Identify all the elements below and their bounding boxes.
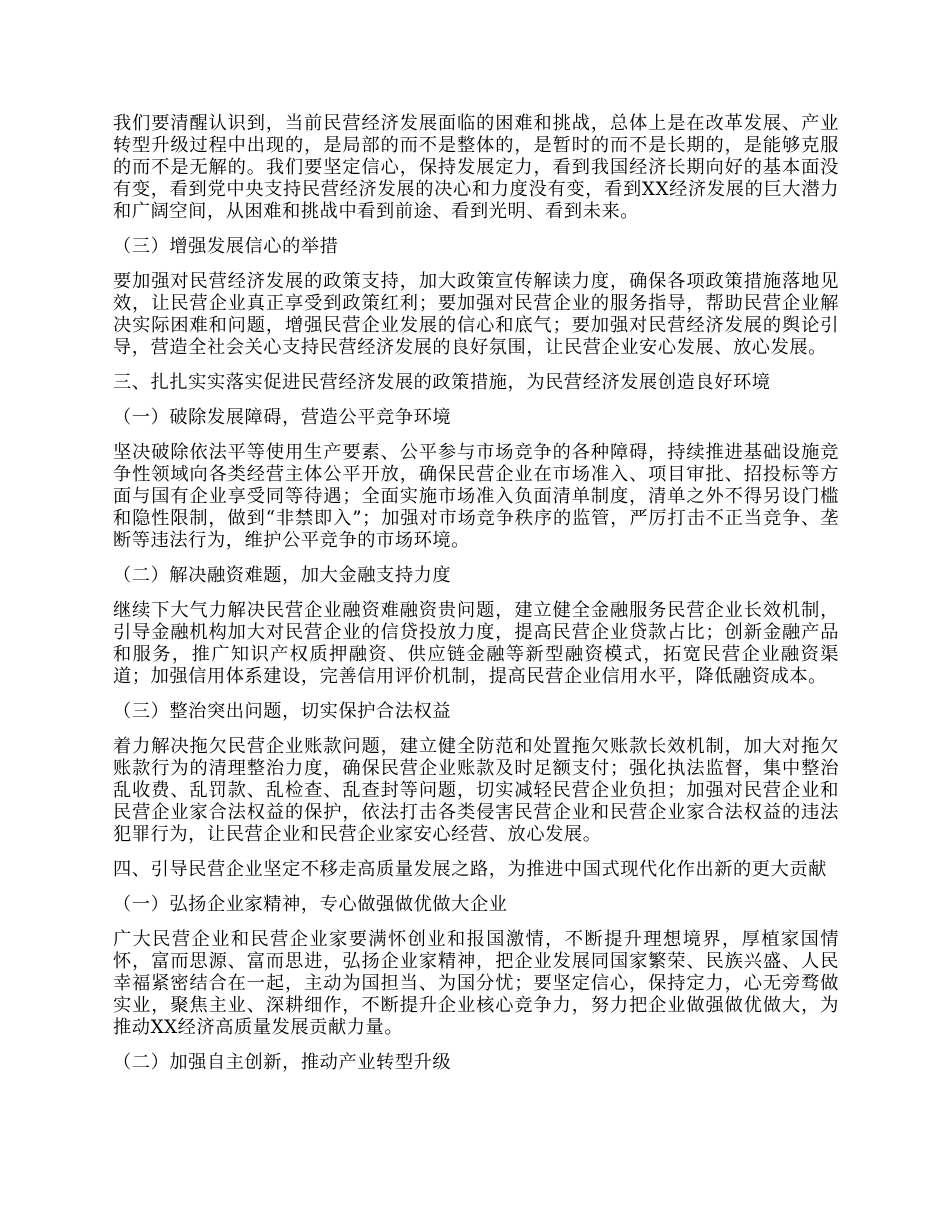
paragraph-policy-support: 要加强对民营经济发展的政策支持，加大政策宣传解读力度，确保各项政策措施落地见效，…	[113, 271, 839, 359]
paragraph-fair-competition: 坚决破除依法平等使用生产要素、公平参与市场竞争的各种障碍，持续推进基础设施竞争性…	[113, 442, 839, 552]
subheading-financing: （二）解决融资难题，加大金融支持力度	[113, 565, 839, 587]
paragraph-entrepreneurship: 广大民营企业和民营企业家要满怀创业和报国激情，不断提升理想境界，厚植家国情怀，富…	[113, 929, 839, 1039]
subheading-fair-competition: （一）破除发展障碍，营造公平竞争环境	[113, 407, 839, 429]
subheading-entrepreneurship: （一）弘扬企业家精神，专心做强做优做大企业	[113, 894, 839, 916]
subheading-legal-rights: （三）整治突出问题，切实保护合法权益	[113, 701, 839, 723]
section-heading-three: 三、扎扎实实落实促进民营经济发展的政策措施，为民营经济发展创造良好环境	[113, 372, 839, 394]
paragraph-confidence-recognition: 我们要清醒认识到，当前民营经济发展面临的困难和挑战，总体上是在改革发展、产业转型…	[113, 113, 839, 223]
paragraph-legal-rights: 着力解决拖欠民营企业账款问题，建立健全防范和处置拖欠账款长效机制，加大对拖欠账款…	[113, 736, 839, 846]
subheading-confidence-measures: （三）增强发展信心的举措	[113, 236, 839, 258]
paragraph-financing: 继续下大气力解决民营企业融资难融资贵问题，建立健全金融服务民营企业长效机制，引导…	[113, 600, 839, 688]
document-page: 我们要清醒认识到，当前民营经济发展面临的困难和挑战，总体上是在改革发展、产业转型…	[113, 113, 839, 1087]
section-heading-four: 四、引导民营企业坚定不移走高质量发展之路，为推进中国式现代化作出新的更大贡献	[113, 859, 839, 881]
subheading-innovation: （二）加强自主创新，推动产业转型升级	[113, 1052, 839, 1074]
